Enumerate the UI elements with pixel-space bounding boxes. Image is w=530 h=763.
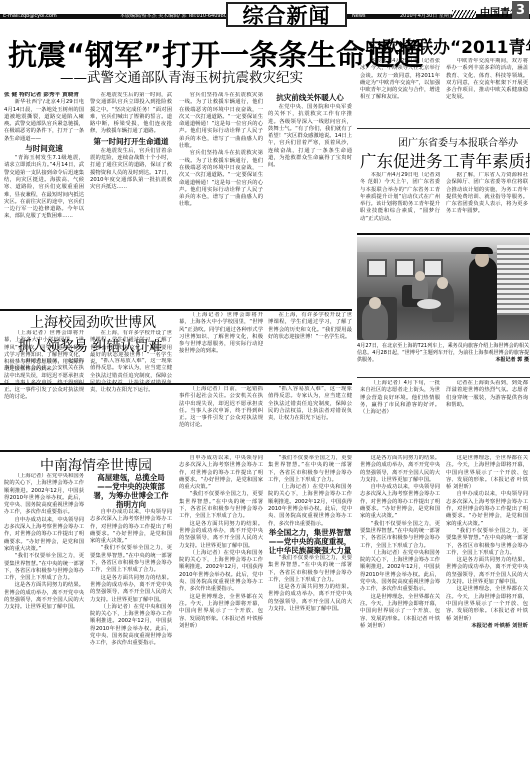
zhongnanhai-headline: 中南海情牵世博园 <box>40 455 152 475</box>
side-column-1: （上海记者）4月下旬，一批来自社区的志愿者走上街头，为世博会营造良好环境。他们热… <box>360 380 440 450</box>
lead-subhead-2: 第一时间打开生命通道 <box>90 136 172 148</box>
penalty-headline: 抓人领奖易 纠错认罚难 <box>18 336 162 356</box>
zhongnanhai-column-3: 自申办成功以来，中央领导同志多次深入上海考察世博会筹办工作，对世博会的筹办工作提… <box>179 455 263 763</box>
news-photo-train <box>357 237 529 340</box>
campus-headline: 上海校园劲吹世博风 <box>30 312 156 332</box>
lead-column-1: 张 健 特约记者 彭秀平 黄晓青 新华社西宁/北京4月29日电 4月14日晨，一… <box>4 92 84 307</box>
guangdong-headline: 广东促进务工青年素质提升计划启动 <box>360 148 530 172</box>
divider <box>0 309 352 311</box>
issue-date: 2010年4月30日 星期五 <box>400 13 454 20</box>
zhongnanhai-column-5: 这是各方面共同努力的结果。世博会的成功举办，离不开党中央的坚强领导，离不开全国人… <box>360 455 440 763</box>
penalty-column-4: “抓人容易放人难”，这一现象值得反思。专家认为，应当建立健全执法过错责任追究制度… <box>268 386 352 446</box>
divider <box>357 128 530 129</box>
section-title: 综合新闻 <box>226 2 347 27</box>
divider <box>0 450 530 452</box>
masthead-email: E-mail:zqb@cyol.com <box>3 13 57 20</box>
guangdong-column-2: 据了解，广东省人力资源和社会保障厅、团广东省委等单位将联合推动该计划的实施，为务… <box>446 172 528 230</box>
zhongnanhai-column-6: 这是世博理念，全世界都在关注。今天，上海世博会即将开幕，中国向世界展示了一个开放… <box>446 455 528 763</box>
photo-caption: 4月27日，在北京至上海的T21列车上，乘务员向旅客介绍上海世博会的相关信息。4… <box>357 343 529 364</box>
lead-column-2: 在地震发生后的第一时间，武警交通部队官兵立即投入到抢险救援之中。“坚决完成任务！… <box>90 92 172 307</box>
zhongnanhai-deck-1: 高屋建瓴，总揽全局——党中央的决策部署，为筹办世博会工作指明方向 <box>90 473 172 509</box>
guangdong-kicker: 团广东省委与本报联合举办 <box>398 134 518 149</box>
lead-subhead-1: 与时间竞速 <box>4 143 84 155</box>
zhongnanhai-credit: 本报记者 叶铁桥 刘世昕 <box>446 623 528 630</box>
right-headline: 中欧将联办“2011青年交流年” <box>365 33 530 58</box>
lead-subheadline: ——武警交通部队青海玉树抗震救灾纪实 <box>60 66 303 86</box>
penalty-column-3: （上海记者）日前，一起错抓事件引起社会关注。公安机关在执法中出现失误，却迟迟不愿… <box>179 386 263 446</box>
campus-column-3: （上海记者）世博会即将开幕，上海各大中小学校园里，“世博风”正劲吹。同学们通过各… <box>179 312 263 380</box>
guangdong-column-1: 本报广州4月29日电（记者刘冬 范娟）今天上午，团广东省委与本报联合举办的“广东… <box>360 172 440 230</box>
zhongnanhai-deck-2: 举全国之力，集世界智慧——党中央的高度重视，让中华民族凝聚强大力量 <box>268 528 352 555</box>
lead-subhead-3: 抗灾前线关怀暖人心 <box>268 92 352 104</box>
zhongnanhai-column-1: （上海记者）在党中央和国务院的关心下，上海世博会筹办工作顺利推进。2002年12… <box>4 473 84 763</box>
lead-column-4: 抗灾前线关怀暖人心 在党中央、国务院和中央军委的关怀下，抗震救灾工作有序推进。各… <box>268 92 352 307</box>
zhongnanhai-column-4: “我们不仅要举全国之力，更要集世界智慧。”在中央的统一部署下，各省区市积极参与世… <box>268 455 352 763</box>
side-column-2: 记者在上海街头看到，到处都洋溢着迎世博的热烈气氛。志愿者们身穿统一服装，为游客提… <box>446 380 528 450</box>
divider <box>357 377 530 378</box>
divider <box>357 233 530 235</box>
section-english: News <box>352 13 366 20</box>
photo-credit: 本报记者 郭 摄 <box>496 357 529 364</box>
penalty-column-1: （上海记者）日前，一起错抓事件引起社会关注。公安机关在执法中出现失误，却迟迟不愿… <box>4 358 84 410</box>
lead-column-3: 官兵们坚持战斗在抗震救灾第一线。为了让救援车辆通行，他们在极端恶劣的环境中日夜奋… <box>179 92 263 307</box>
masthead-editor-info: 本版编辑/蔡本杰 美术编辑/ 郭 Tel:010-64098069 <box>120 13 233 20</box>
right-column-2: 中欧青年交流年期间，双方将举办一系列丰富多彩的活动，涵盖教育、文化、体育、科技等… <box>446 58 528 120</box>
right-column-1: 本报北京4月29日电（记者张冰）今天，中欧领导人在北京举行会谈。双方一致同意，将… <box>360 58 440 120</box>
campus-column-4: 在上海，有许多学校开设了世博课程，学生们通过学习，了解了世博会的历史和文化。“我… <box>268 312 352 380</box>
zhongnanhai-column-2: 高屋建瓴，总揽全局——党中央的决策部署，为筹办世博会工作指明方向 自申办成功以来… <box>90 473 172 763</box>
decorative-hatch <box>452 10 476 18</box>
page-number: 3 <box>512 1 529 19</box>
penalty-column-2: “抓人容易放人难”，这一现象值得反思。专家认为，应当建立健全执法过错责任追究制度… <box>90 358 172 410</box>
